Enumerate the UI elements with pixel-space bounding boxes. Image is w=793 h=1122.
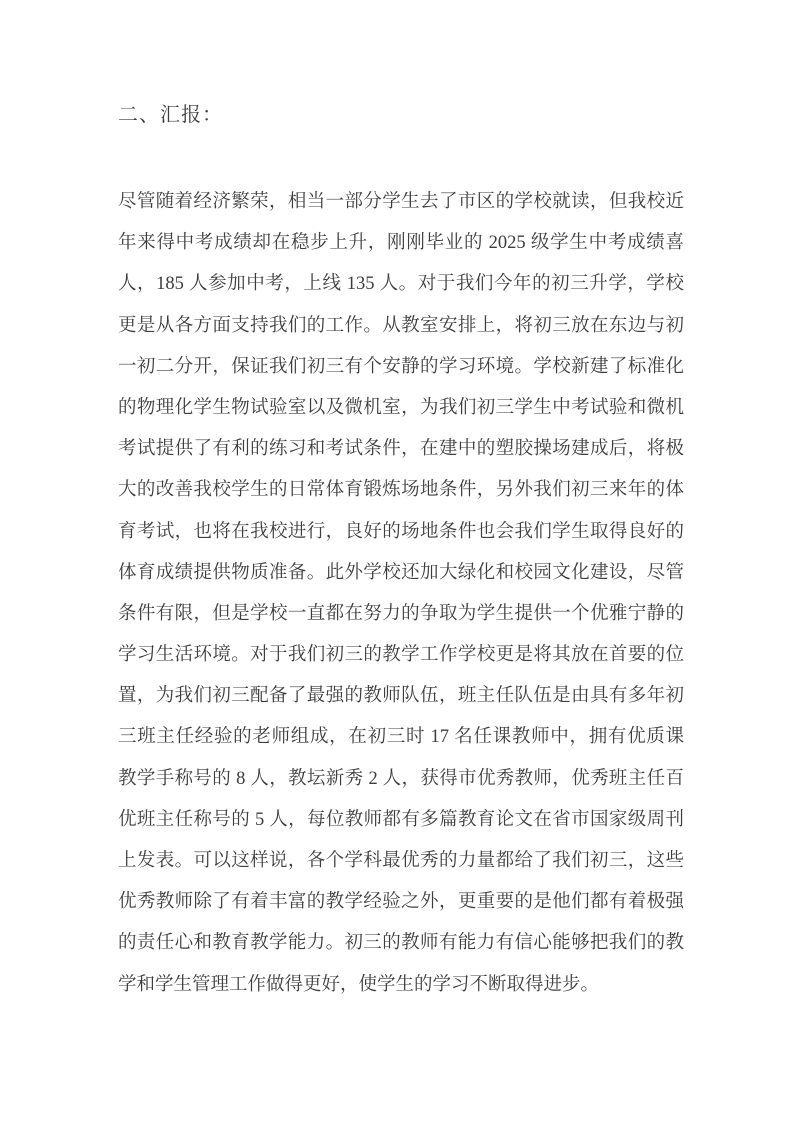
text-line: 考试提供了有利的练习和考试条件，在建中的塑胶操场建成后，将极 [118,429,684,470]
text-line: 学和学生管理工作做得更好，使学生的学习不断取得进步。 [118,965,684,1006]
text-line: 人，185 人参加中考，上线 135 人。对于我们今年的初三升学，学校 [118,264,684,305]
text-line: 的物理化学生物试验室以及微机室，为我们初三学生中考试验和微机 [118,388,684,429]
text-line: 的责任心和教育教学能力。初三的教师有能力有信心能够把我们的教 [118,923,684,964]
text-line: 三班主任经验的老师组成，在初三时 17 名任课教师中，拥有优质课 [118,717,684,758]
text-line: 优班主任称号的 5 人，每位教师都有多篇教育论文在省市国家级周刊 [118,800,684,841]
text-line: 尽管随着经济繁荣，相当一部分学生去了市区的学校就读，但我校近 [118,182,684,223]
text-line: 体育成绩提供物质准备。此外学校还加大绿化和校园文化建设，尽管 [118,553,684,594]
text-line: 更是从各方面支持我们的工作。从教室安排上，将初三放在东边与初 [118,306,684,347]
report-paragraph: 尽管随着经济繁荣，相当一部分学生去了市区的学校就读，但我校近 年来得中考成绩却在… [118,182,684,1006]
document-content: 二、汇报： 尽管随着经济繁荣，相当一部分学生去了市区的学校就读，但我校近 年来得… [118,95,684,1006]
text-line: 置，为我们初三配备了最强的教师队伍，班主任队伍是由具有多年初 [118,676,684,717]
section-heading: 二、汇报： [118,95,684,136]
text-line: 育考试，也将在我校进行，良好的场地条件也会我们学生取得良好的 [118,512,684,553]
text-line: 条件有限，但是学校一直都在努力的争取为学生提供一个优雅宁静的 [118,594,684,635]
document-page: 二、汇报： 尽管随着经济繁荣，相当一部分学生去了市区的学校就读，但我校近 年来得… [0,0,793,1122]
text-line: 优秀教师除了有着丰富的教学经验之外，更重要的是他们都有着极强 [118,882,684,923]
text-line: 年来得中考成绩却在稳步上升，刚刚毕业的 2025 级学生中考成绩喜 [118,223,684,264]
text-line: 一初二分开，保证我们初三有个安静的学习环境。学校新建了标准化 [118,347,684,388]
text-line: 大的改善我校学生的日常体育锻炼场地条件，另外我们初三来年的体 [118,470,684,511]
text-line: 上发表。可以这样说，各个学科最优秀的力量都给了我们初三，这些 [118,841,684,882]
text-line: 学习生活环境。对于我们初三的教学工作学校更是将其放在首要的位 [118,635,684,676]
text-line: 教学手称号的 8 人，教坛新秀 2 人，获得市优秀教师，优秀班主任百 [118,759,684,800]
